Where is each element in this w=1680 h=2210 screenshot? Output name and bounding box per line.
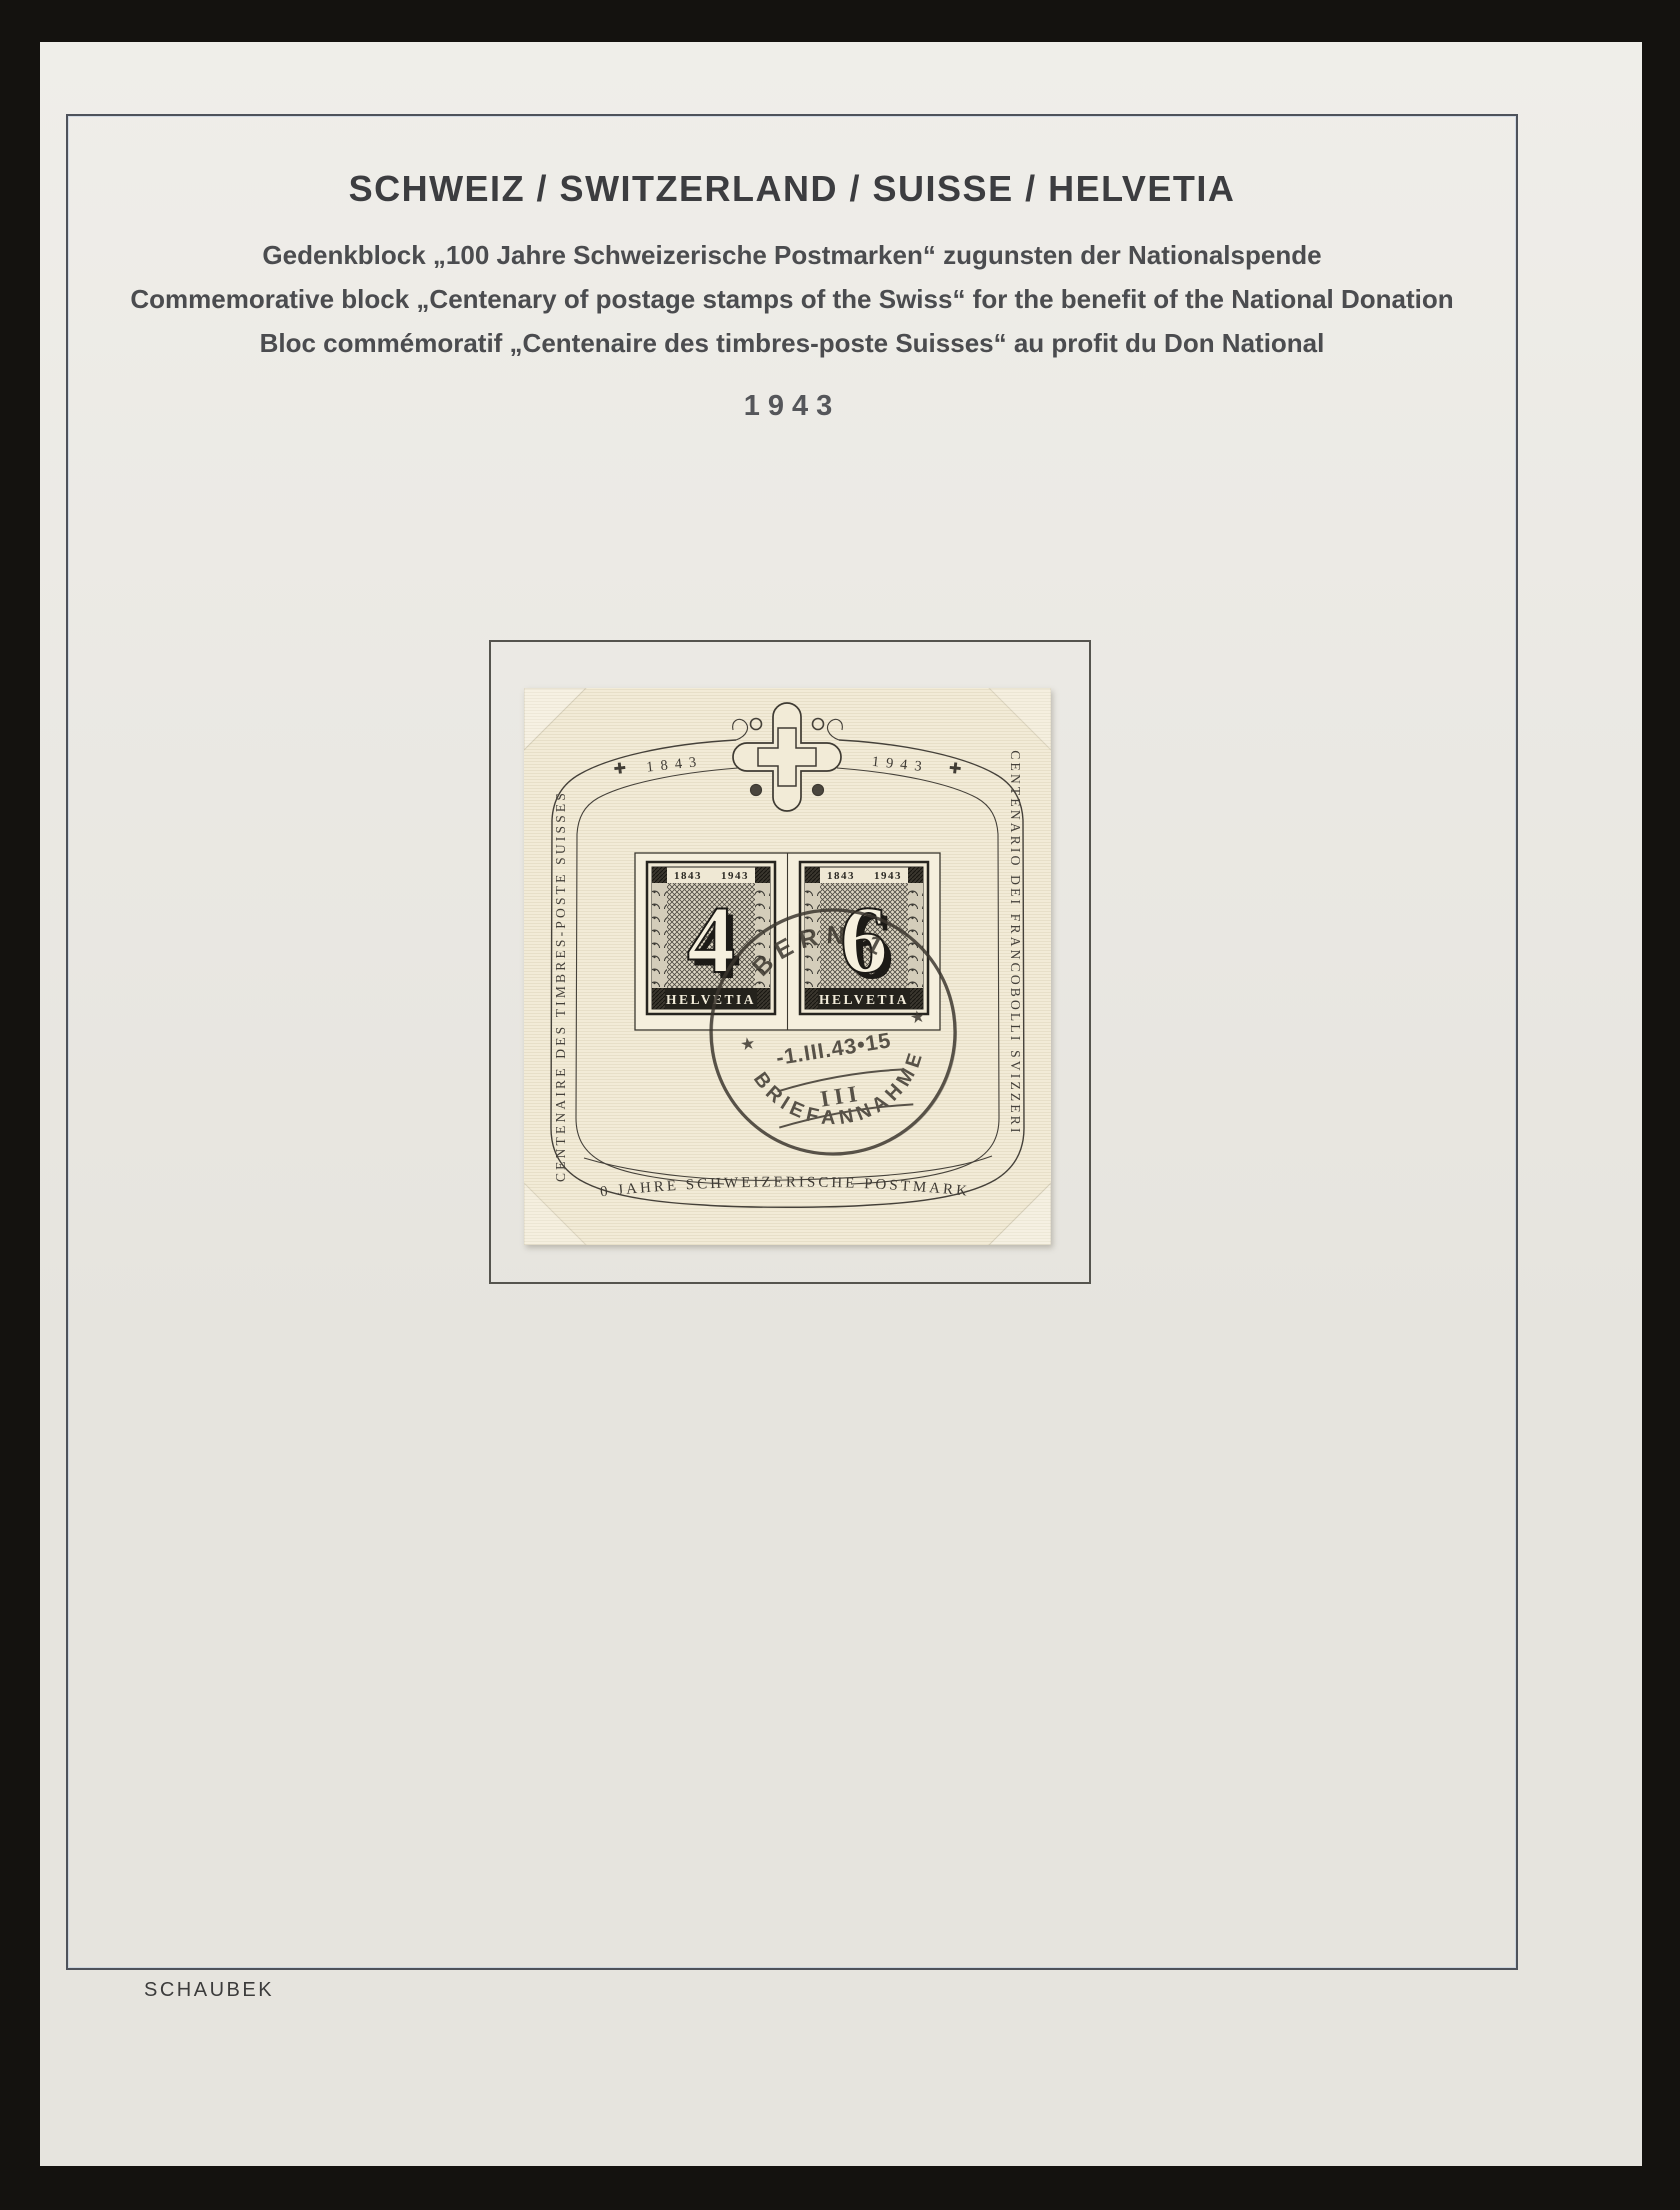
subtitle-german: Gedenkblock „100 Jahre Schweizerische Po… [66, 240, 1518, 271]
stamp-year-right: 1943 [874, 870, 902, 882]
subtitle-english: Commemorative block „Centenary of postag… [66, 284, 1518, 315]
star-icon: ★ [739, 1033, 757, 1054]
stamp-year-left: 1843 [827, 870, 855, 882]
stamp-value: 4 [687, 886, 735, 993]
publisher-label: SCHAUBEK [144, 1979, 274, 2002]
year-label: 1943 [66, 390, 1518, 423]
star-icon: ★ [909, 1006, 927, 1027]
souvenir-sheet: ✚ 1843 1943 ✚ CENTENAIRE DES TIMBRES-POS… [524, 688, 1051, 1245]
stamp-year-right: 1943 [721, 870, 749, 882]
swiss-cross-small-icon: ✚ [948, 761, 962, 778]
stamp-country: HELVETIA [666, 992, 756, 1007]
margin-text-left: CENTENAIRE DES TIMBRES-POSTE SUISSES [553, 790, 568, 1182]
album-page: SCHWEIZ / SWITZERLAND / SUISSE / HELVETI… [40, 42, 1642, 2166]
swiss-cross-small-icon: ✚ [613, 761, 627, 778]
stamp-year-left: 1843 [674, 870, 702, 882]
margin-text-right: CENTENARIO DEI FRANCOBOLLI SVIZZERI [1008, 750, 1023, 1135]
stamp-country: HELVETIA [819, 992, 909, 1007]
subtitle-french: Bloc commémoratif „Centenaire des timbre… [66, 328, 1518, 359]
page-title: SCHWEIZ / SWITZERLAND / SUISSE / HELVETI… [66, 168, 1518, 210]
scan-background: SCHWEIZ / SWITZERLAND / SUISSE / HELVETI… [0, 0, 1680, 2210]
